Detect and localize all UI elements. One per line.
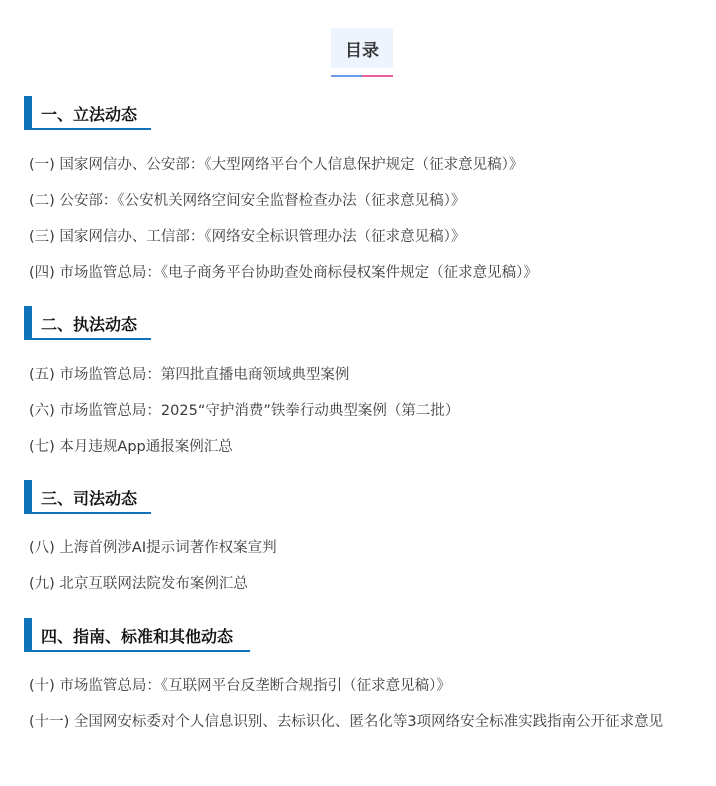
- section-heading-label: 二、执法动态: [41, 312, 137, 335]
- toc-item[interactable]: (二) 公安部：《公安机关网络空间安全监督检查办法（征求意见稿）》: [29, 191, 465, 211]
- toc-item[interactable]: (七) 本月违规App通报案例汇总: [29, 437, 233, 457]
- toc-item[interactable]: (十) 市场监管总局：《互联网平台反垄断合规指引（征求意见稿）》: [29, 676, 451, 696]
- section-heading-label: 一、立法动态: [41, 102, 137, 125]
- section-heading-underline: [32, 128, 151, 130]
- toc-item[interactable]: (六) 市场监管总局：2025“守护消费”铁拳行动典型案例（第二批）: [29, 401, 459, 421]
- underline-blue-segment: [331, 75, 362, 77]
- section-heading-underline: [32, 650, 250, 652]
- section-bar-icon: [24, 618, 32, 652]
- toc-item[interactable]: (五) 市场监管总局：第四批直播电商领域典型案例: [29, 365, 349, 385]
- section-heading-underline: [32, 512, 151, 514]
- section-bar-icon: [24, 96, 32, 130]
- toc-title-underline: [331, 75, 393, 77]
- toc-title-block: 目录: [331, 28, 393, 78]
- section-heading-label: 四、指南、标准和其他动态: [41, 624, 233, 647]
- toc-item[interactable]: (十一) 全国网安标委对个人信息识别、去标识化、匿名化等3项网络安全标准实践指南…: [29, 710, 701, 734]
- underline-pink-segment: [362, 75, 393, 77]
- toc-title: 目录: [331, 28, 393, 68]
- toc-item[interactable]: (四) 市场监管总局：《电子商务平台协助查处商标侵权案件规定（征求意见稿）》: [29, 263, 538, 283]
- toc-item[interactable]: (一) 国家网信办、公安部：《大型网络平台个人信息保护规定（征求意见稿）》: [29, 155, 523, 175]
- toc-item[interactable]: (九) 北京互联网法院发布案例汇总: [29, 574, 248, 594]
- toc-item[interactable]: (三) 国家网信办、工信部：《网络安全标识管理办法（征求意见稿）》: [29, 227, 465, 247]
- section-heading-label: 三、司法动态: [41, 486, 137, 509]
- section-bar-icon: [24, 480, 32, 514]
- toc-item[interactable]: (八) 上海首例涉AI提示词著作权案宣判: [29, 538, 277, 558]
- section-heading-underline: [32, 338, 151, 340]
- section-bar-icon: [24, 306, 32, 340]
